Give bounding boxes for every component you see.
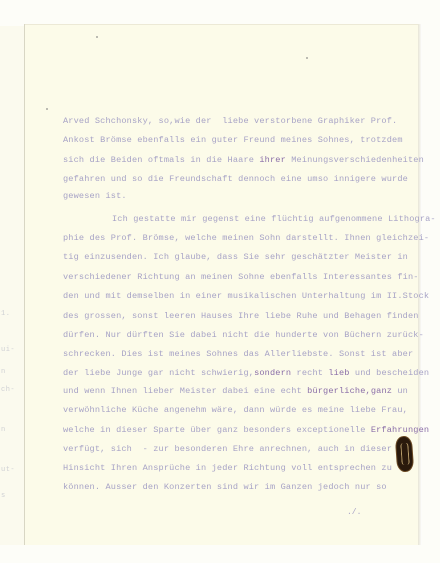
text-line: dürfen. Nur dürften Sie dabei nicht die …: [63, 330, 424, 340]
text-line: den und mit demselben in einer musikalis…: [63, 291, 429, 301]
text-line: der liebe Junge gar nicht schwierig,sond…: [63, 368, 429, 378]
clip-wire: [400, 443, 410, 466]
text-line: gefahren und so die Freundschaft dennoch…: [63, 174, 408, 184]
text-line: können. Ausser den Konzerten sind wir im…: [63, 482, 387, 492]
text-line: gewesen ist.: [63, 191, 127, 201]
continuation-mark: ./.: [347, 508, 361, 517]
text-line: welche in dieser Sparte über ganz besond…: [63, 425, 429, 435]
text-line: verwöhnliche Küche angenehm wäre, dann w…: [63, 405, 408, 415]
emphasized-word: lieb: [328, 368, 349, 378]
emphasized-word: sondern: [254, 368, 291, 378]
emphasized-word: bürgerliche,ganz: [307, 386, 392, 396]
margin-fragment: n: [1, 368, 6, 376]
text-line: Ankost Brömse ebenfalls ein guter Freund…: [63, 135, 403, 145]
paper-speck: [306, 57, 308, 59]
text-line: verschiedener Richtung an meinen Sohne e…: [63, 272, 419, 282]
paper-speck: [96, 36, 98, 38]
margin-fragment: ch-: [1, 386, 15, 394]
margin-fragment: s: [1, 492, 6, 500]
margin-fragment: ut-: [1, 466, 15, 474]
text-line-paragraph-start: Ich gestatte mir gegenst eine flüchtig a…: [112, 214, 436, 224]
text-line: Arved Schchonsky, so,wie der liebe verst…: [63, 116, 397, 126]
text-line: verfügt, sich - zur besonderen Ehre anre…: [63, 444, 392, 454]
text-line: Hinsicht Ihren Ansprüche in jeder Richtu…: [63, 463, 392, 473]
emphasized-word: ihrer: [259, 155, 286, 165]
text-line: sich die Beiden oftmals in die Haare ihr…: [63, 155, 424, 165]
text-line: und wenn Ihnen lieber Meister dabei eine…: [63, 386, 408, 396]
margin-fragment: ui-: [1, 346, 15, 354]
margin-fragment: 1.: [1, 310, 10, 318]
text-line: des grossen, sonst leeren Hauses Ihre li…: [63, 311, 419, 321]
binder-clip-icon: [396, 437, 413, 472]
text-line: phie des Prof. Brömse, welche meinen Soh…: [63, 233, 429, 243]
text-line: tig einzusenden. Ich glaube, dass Sie se…: [63, 252, 408, 262]
text-line: schrecken. Dies ist meines Sohnes das Al…: [63, 349, 413, 359]
adjacent-page-strip: 1. ui- n ch- n ut- s: [0, 26, 24, 545]
page-edge-shadow: [418, 24, 422, 545]
margin-fragment: n: [1, 426, 6, 434]
paper-speck: [46, 108, 48, 110]
emphasized-word: Erfahrungen: [371, 425, 429, 435]
